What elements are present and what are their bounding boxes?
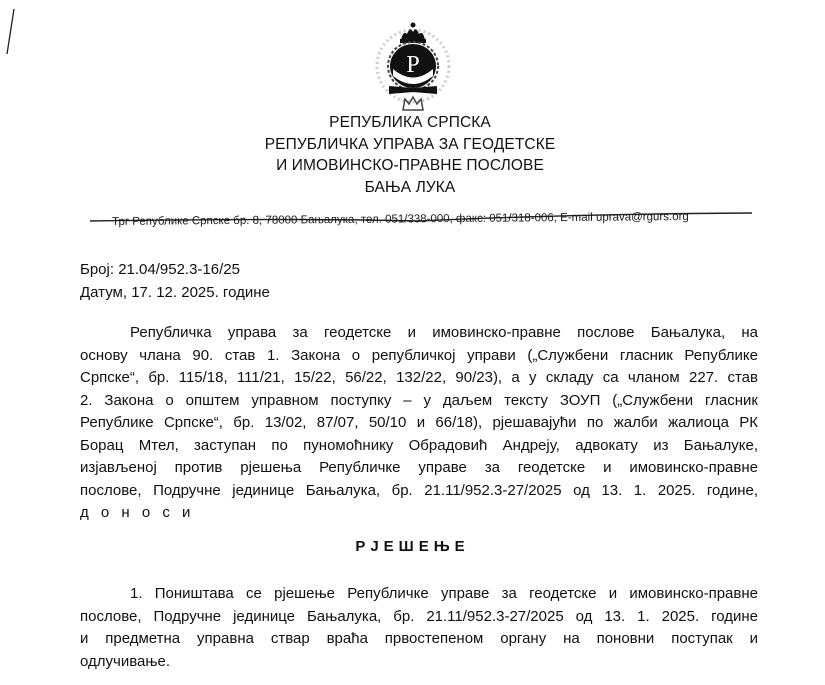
paragraph-line: Републике Српске“, бр. 13/02, 87/07, 50/… [80,412,758,435]
paragraph-line: 2. Закона о општем управном поступку – у… [80,390,758,413]
paragraph-line: 1. Поништава се рјешење Републичке управ… [80,583,758,606]
paragraph-line: послове, Подручне јединице Бањалука, бр.… [80,606,758,629]
margin-pen-mark [4,6,16,58]
institution-header: РЕПУБЛИКА СРПСКА РЕПУБЛИЧКА УПРАВА ЗА ГЕ… [200,112,620,198]
header-line: РЕПУБЛИЧКА УПРАВА ЗА ГЕОДЕТСКЕ [200,134,620,156]
paragraph-line: Републичка управа за геодетске и имовинс… [80,322,758,345]
decision-paragraph: 1. Поништава се рјешење Републичке управ… [80,583,758,673]
paragraph-line: изјављеној против рјешења Републичке упр… [80,457,758,480]
intro-paragraph: Републичка управа за геодетске и имовинс… [80,322,758,525]
paragraph-line: основу члана 90. став 1. Закона о републ… [80,345,758,368]
reference-date: Датум, 17. 12. 2025. године [80,281,270,304]
coat-of-arms-emblem-icon: Р [373,14,453,114]
reference-number: Број: 21.04/952.3-16/25 [80,258,270,281]
reference-block: Број: 21.04/952.3-16/25 Датум, 17. 12. 2… [80,258,270,304]
header-line: И ИМОВИНСКО-ПРАВНЕ ПОСЛОВЕ [200,155,620,177]
svg-text:Р: Р [406,52,419,78]
paragraph-line: одлучивање. [80,651,758,674]
paragraph-line: послове, Подручне јединице Бањалука, бр.… [80,480,758,503]
paragraph-line: Српске“, бр. 115/18, 111/21, 15/22, 56/2… [80,367,758,390]
header-line: БАЊА ЛУКА [200,177,620,199]
paragraph-line: Борац Мтел, заступан по пуномоћнику Обра… [80,435,758,458]
header-line: РЕПУБЛИКА СРПСКА [200,112,620,134]
donosi-word: д о н о с и [80,502,758,525]
decision-title: РЈЕШЕЊЕ [0,538,825,555]
paragraph-line: и предметна управна ствар враћа првостеп… [80,628,758,651]
